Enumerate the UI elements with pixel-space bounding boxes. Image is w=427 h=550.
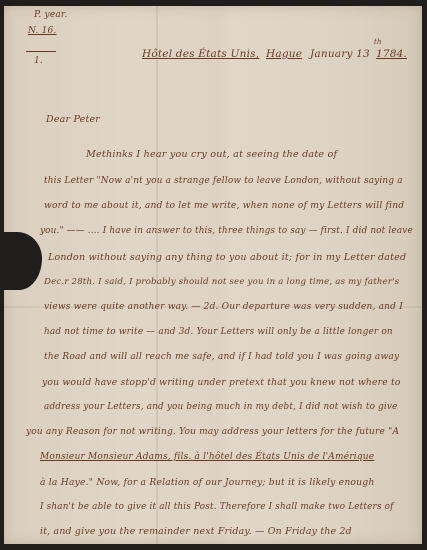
body-line: it, and give you the remainder next Frid… bbox=[40, 526, 352, 537]
body-line: I shan't be able to give it all this Pos… bbox=[40, 502, 394, 512]
body-line: views were quite another way. — 2d. Our … bbox=[44, 302, 403, 312]
corner-note-page: 1. bbox=[34, 56, 43, 66]
body-line: Methinks I hear you cry out, at seeing t… bbox=[86, 149, 337, 160]
corner-note-number: N. 16. bbox=[28, 26, 57, 36]
dateline-date-sup: th bbox=[374, 38, 382, 46]
body-line: London without saying any thing to you a… bbox=[48, 252, 406, 263]
corner-note-year: P. year. bbox=[34, 10, 68, 20]
letter-page: P. year. N. 16. 1. Hôtel des États Unis,… bbox=[4, 6, 422, 544]
dateline-date: January 13 bbox=[310, 48, 370, 60]
body-line: you any Reason for not writing. You may … bbox=[26, 427, 399, 437]
body-line: had not time to write — and 3d. Your Let… bbox=[44, 327, 393, 337]
corner-note-rule bbox=[26, 51, 56, 52]
body-line: Dec.r 28th. I said, I probably should no… bbox=[44, 277, 399, 287]
body-line: Monsieur Monsieur Adams, fils. à l'hôtel… bbox=[40, 452, 374, 462]
body-line: you would have stopp'd writing under pre… bbox=[42, 377, 401, 388]
dateline-year: 1784. bbox=[376, 48, 407, 60]
body-line: you." —— .... I have in answer to this, … bbox=[40, 226, 413, 236]
paper-fold-vertical bbox=[156, 6, 158, 544]
body-line: the Road and will all reach me safe, and… bbox=[44, 352, 399, 362]
body-line: à la Haye." Now, for a Relation of our J… bbox=[40, 477, 374, 488]
body-line: this Letter "Now a'nt you a strange fell… bbox=[44, 176, 403, 186]
body-line: address your Letters, and you being much… bbox=[44, 402, 398, 412]
body-line: word to me about it, and to let me write… bbox=[44, 201, 404, 211]
dateline-city: Hague bbox=[266, 48, 302, 60]
dateline-place: Hôtel des États Unis, bbox=[142, 48, 259, 60]
salutation: Dear Peter bbox=[46, 114, 100, 125]
